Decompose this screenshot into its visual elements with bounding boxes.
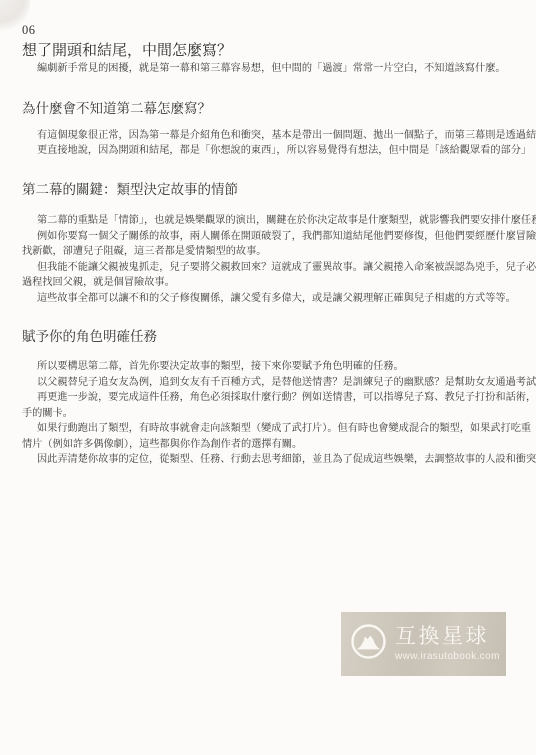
text-line: 這些故事全都可以讓不和的父子修復關係，讓父愛有多偉大，或是讓父親理解正確與兒子相…: [22, 291, 536, 307]
section-genre-decides-plot: 第二幕的關鍵：類型決定故事的情節 第二幕的重點是「情節」，也就是娛樂觀眾的演出，…: [22, 182, 536, 307]
section-body: 有這個現象很正常，因為第一幕是介紹角色和衝突，基本是帶出一個問題、拋出一個點子，…: [22, 128, 536, 159]
page-number: 06: [22, 23, 536, 38]
text-line: 再更進一步說，要完成這件任務，角色必須採取什麼行動？例如送情書，可以指導兒子寫、…: [22, 390, 536, 406]
section-heading: 為什麼會不知道第二幕怎麼寫？: [22, 101, 536, 117]
text-line: 例如你要寫一個父子關係的故事，兩人關係在開頭破裂了，我們都知道結尾他們要修復，但…: [22, 229, 536, 245]
text-line: 過程找回父親，就是個冒險故事。: [22, 275, 536, 291]
section-heading: 第二幕的關鍵：類型決定故事的情節: [22, 182, 536, 198]
text-line: 更直接地說，因為開頭和結尾，都是「你想說的東西」，所以容易覺得有想法，但中間是「…: [22, 143, 536, 159]
text-line: 第二幕的重點是「情節」，也就是娛樂觀眾的演出，關鍵在於你決定故事是什麼類型，就影…: [22, 213, 536, 229]
watermark-url: www.irasutobook.com: [395, 651, 500, 663]
watermark-badge: 互換星球 www.irasutobook.com: [341, 612, 506, 676]
section-body: 所以要構思第二幕，首先你要決定故事的類型，接下來你要賦予角色明確的任務。 以父親…: [22, 359, 536, 468]
text-line: 但我能不能讓父親被鬼抓走，兒子要將父親救回來？這就成了靈異故事。讓父親捲入命案被…: [22, 260, 536, 276]
section-body: 第二幕的重點是「情節」，也就是娛樂觀眾的演出，關鍵在於你決定故事是什麼類型，就影…: [22, 213, 536, 306]
text-line: 以父親替兒子追女友為例，追到女友有千百種方式，是替他送情書？是訓練兒子的幽默感？…: [22, 375, 536, 391]
text-line: 找新歡，卻遭兒子阻礙，這三者都是愛情類型的故事。: [22, 244, 536, 260]
page-content: 06 想了開頭和結尾，中間怎麼寫？ 編劇新手常見的困擾，就是第一幕和第三幕容易想…: [22, 23, 536, 468]
document-page: 06 想了開頭和結尾，中間怎麼寫？ 編劇新手常見的困擾，就是第一幕和第三幕容易想…: [0, 0, 536, 755]
text-line: 如果行動跑出了類型，有時故事就會走向該類型（變成了武打片）。但有時也會變成混合的…: [22, 421, 536, 437]
text-line: 因此弄清楚你故事的定位，從類型、任務、行動去思考細節，並且為了促成這些娛樂，去調…: [22, 452, 536, 468]
text-line: 手的關卡。: [22, 406, 536, 422]
intro-paragraph: 編劇新手常見的困擾，就是第一幕和第三幕容易想，但中間的「過渡」常常一片空白，不知…: [22, 61, 536, 77]
text-line: 情片（例如許多偶像劇），這些都與你作為創作者的選擇有關。: [22, 437, 536, 453]
mountain-in-circle-icon: [350, 623, 387, 665]
section-why-second-act: 為什麼會不知道第二幕怎麼寫？ 有這個現象很正常，因為第一幕是介紹角色和衝突，基本…: [22, 101, 536, 159]
page-title: 想了開頭和結尾，中間怎麼寫？: [22, 41, 536, 61]
watermark-text: 互換星球 www.irasutobook.com: [395, 625, 500, 663]
section-heading: 賦予你的角色明確任務: [22, 329, 536, 345]
text-line: 所以要構思第二幕，首先你要決定故事的類型，接下來你要賦予角色明確的任務。: [22, 359, 536, 375]
section-give-character-mission: 賦予你的角色明確任務 所以要構思第二幕，首先你要決定故事的類型，接下來你要賦予角…: [22, 329, 536, 468]
text-line: 有這個現象很正常，因為第一幕是介紹角色和衝突，基本是帶出一個問題、拋出一個點子，…: [22, 128, 536, 144]
watermark-brand: 互換星球: [395, 625, 500, 649]
